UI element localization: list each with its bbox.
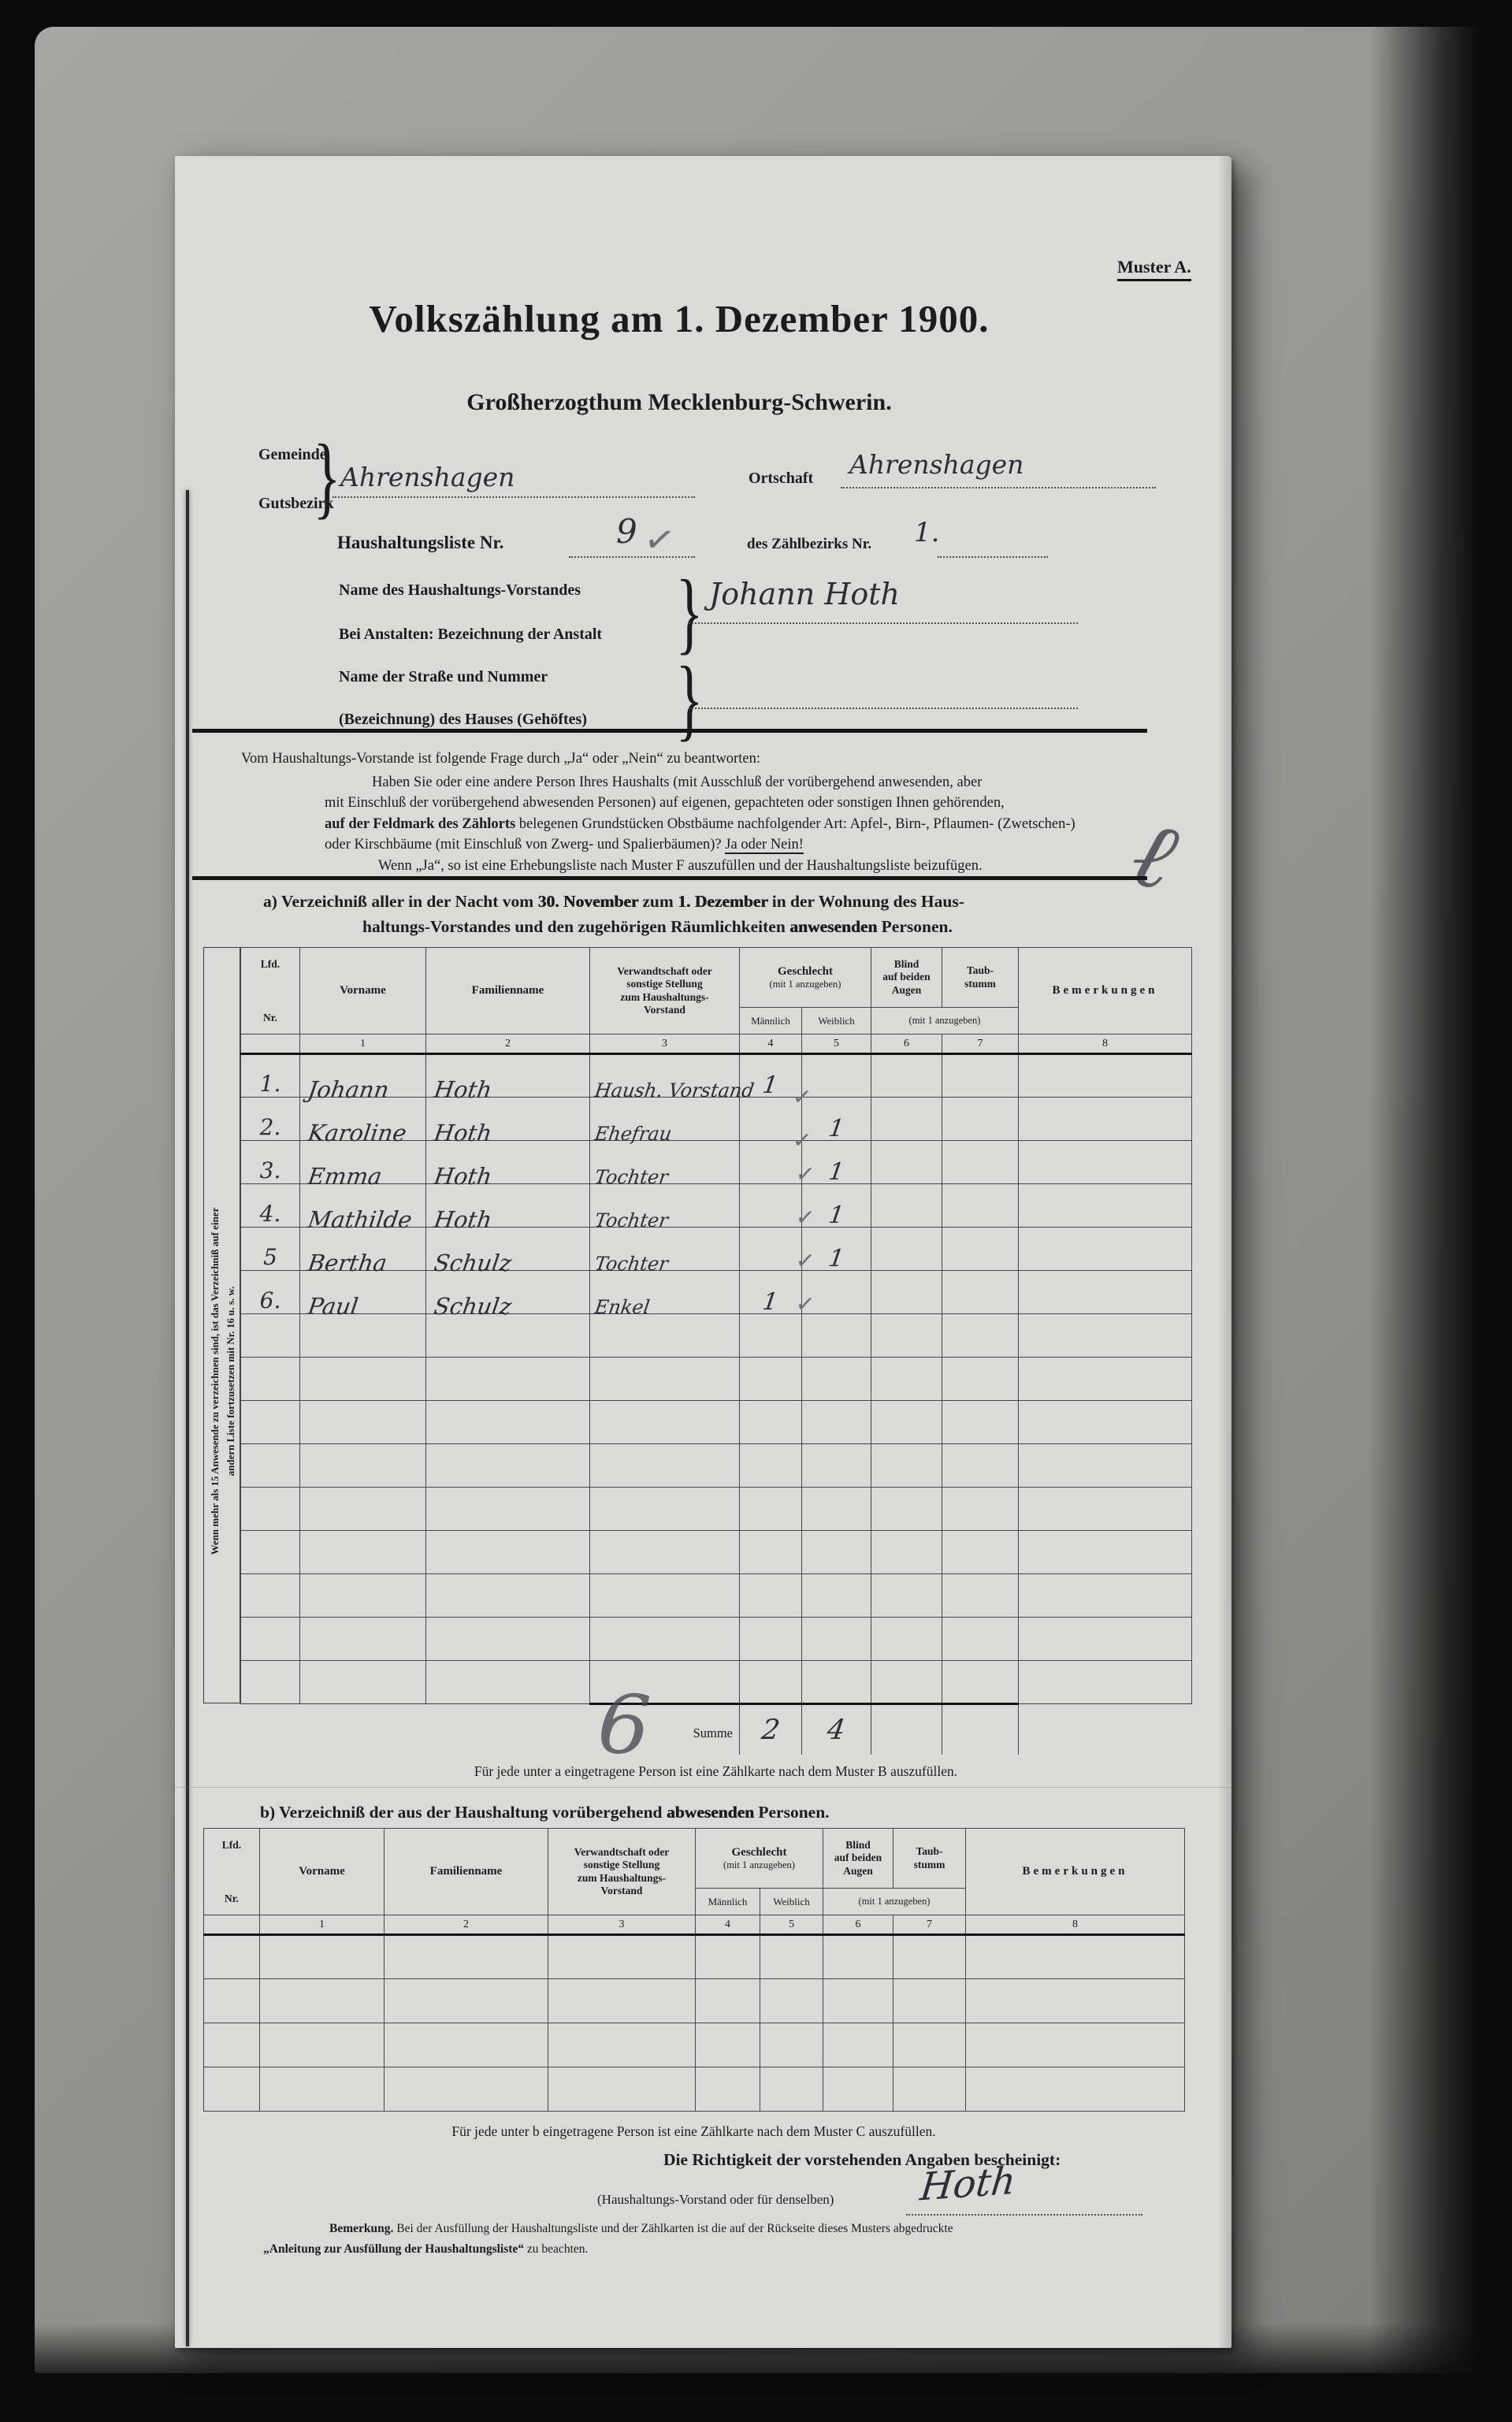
form-subtitle: Großherzogthum Mecklenburg-Schwerin. [175,389,1183,416]
strasse-label: Name der Straße und Nummer [339,668,548,686]
person-row-2: 2. Karoline Hoth Ehefrau ✓ 1 [241,1098,1192,1141]
ortschaft-value: Ahrenshagen [849,449,1023,480]
empty-row [204,2067,1185,2112]
col-header-maennlich: Männlich [696,1889,760,1915]
page-edge-shadow [1217,156,1232,2348]
haushaltungsliste-dotted-line [569,556,695,558]
vorstand-name-value: Johann Hoth [709,577,900,611]
col-header-geschlecht: Geschlecht(mit 1 anzugeben) [740,948,871,1008]
empty-row [241,1531,1192,1574]
summe-row: 6Summe 2 4 [241,1704,1192,1755]
person-row-6: 6. Paul Schulz Enkel 1 ✓ [241,1271,1192,1314]
anstalt-label: Bei Anstalten: Bezeichnung der Anstalt [339,626,602,644]
col-header-familienname: Familienname [426,948,590,1035]
faint-divider [175,1787,1232,1788]
census-form-page: Muster A. Volkszählung am 1. Dezember 19… [175,156,1232,2348]
gemeinde-dotted-line [332,496,695,498]
section-a-heading-line2: haltungs-Vorstandes und den zugehörigen … [362,917,953,937]
summe-female-total: 4 [826,1714,848,1746]
summe-big-6: 6 [594,1675,653,1774]
empty-row [241,1314,1192,1358]
empty-row [241,1661,1192,1704]
empty-row [204,1979,1185,2023]
ortschaft-dotted-line [841,487,1156,488]
sidebar-continuation-note: Wenn mehr als 15 Anwesende zu verzeichne… [207,1108,239,1655]
col-header-taubstumm: Taub- stumm [893,1829,966,1889]
question-intro: Vom Haushaltungs-Vorstande ist folgende … [241,749,1142,770]
remark-line-1: Bemerkung. Bei der Ausfüllung der Hausha… [329,2222,953,2236]
table-present-persons: Lfd.Nr. Vorname Familienname Verwandtsch… [240,947,1192,1755]
backing-shadow-right [1369,27,1480,2373]
col-header-taubstumm: Taub- stumm [942,948,1019,1008]
col-header-blind: Blind auf beiden Augen [823,1829,893,1889]
vorstand-brace: } [675,567,703,659]
vorstand-dotted-line [689,622,1078,624]
haus-label: (Bezeichnung) des Hauses (Gehöftes) [339,711,587,729]
col-header-bemerkungen: Bemerkungen [966,1829,1185,1915]
person-row-4: 4. Mathilde Hoth Tochter 1✓ [241,1184,1192,1228]
zaehlbezirk-dotted-line [938,556,1048,558]
gemeinde-brace: } [313,432,340,523]
haushaltungsliste-number: 9 [616,512,637,551]
empty-row [241,1358,1192,1401]
col-header-blind: Blind auf beiden Augen [871,948,942,1008]
col-header-vorname: Vorname [260,1829,385,1915]
person-row-5: 5 Bertha Schulz Tochter 1✓ [241,1228,1192,1271]
column-number-row: 1 2 3 4 5 6 7 8 [241,1035,1192,1054]
gemeinde-value: Ahrenshagen [340,462,515,492]
vorstand-name-label: Name des Haushaltungs-Vorstandes [339,581,581,600]
empty-row [241,1618,1192,1661]
col-header-familienname: Familienname [385,1829,548,1915]
empty-row [204,1935,1185,1979]
question-line-4: oder Kirschbäume (mit Einschluß von Zwer… [241,834,1142,856]
question-line-5: Wenn „Ja“, so ist eine Erhebungsliste na… [241,856,1142,877]
signature-role-label: (Haushaltungs-Vorstand oder für denselbe… [597,2192,834,2208]
form-title: Volkszählung am 1. Dezember 1900. [175,296,1183,341]
page-crease-line [186,490,189,2346]
empty-row [241,1401,1192,1444]
empty-row [241,1444,1192,1488]
col-header-geschlecht: Geschlecht(mit 1 anzugeben) [696,1829,823,1889]
col-header-weiblich: Weiblich [760,1889,823,1915]
signature-dotted-line [906,2214,1142,2216]
col-header-bemerkungen: Bemerkungen [1019,948,1192,1035]
question-line-3: auf der Feldmark des Zählorts belegenen … [241,814,1142,835]
col-header-stellung: Verwandtschaft oder sonstige Stellung zu… [590,948,740,1035]
empty-row [204,2023,1185,2067]
scan-stage: Muster A. Volkszählung am 1. Dezember 19… [0,0,1512,2422]
note-muster-c: Für jede unter b eingetragene Person ist… [203,2123,1184,2140]
col-header-mit1-blind-taub: (mit 1 anzugeben) [871,1008,1019,1035]
section-a-heading-line1: a) Verzeichniß aller in der Nacht vom 30… [263,892,964,912]
col-header-weiblich: Weiblich [802,1008,871,1035]
empty-row [241,1488,1192,1531]
remark-line-2: „Anleitung zur Ausfüllung der Haushaltun… [263,2242,588,2257]
section-b-heading: b) Verzeichniß der aus der Haushaltung v… [260,1803,830,1822]
col-header-mit1-blind-taub: (mit 1 anzugeben) [823,1889,966,1915]
empty-row [241,1574,1192,1618]
haushaltungsliste-label: Haushaltungsliste Nr. [337,533,503,553]
col-header-vorname: Vorname [300,948,426,1035]
table-absent-persons: Lfd.Nr. Vorname Familienname Verwandtsch… [203,1828,1185,2112]
signature: Hoth [918,2159,1018,2210]
fruit-tree-question: Vom Haushaltungs-Vorstande ist folgende … [241,749,1142,876]
person-row-3: 3. Emma Hoth Tochter 1✓ [241,1141,1192,1184]
zaehlbezirk-number: 1. [914,517,939,548]
col-header-stellung: Verwandtschaft oder sonstige Stellung zu… [548,1829,696,1915]
col-header-lfd-nr: Lfd.Nr. [241,948,300,1035]
question-line-1: Haben Sie oder eine andere Person Ihres … [241,772,1142,793]
question-line-2: mit Einschluß der vorübergehend abwesend… [241,793,1142,814]
summe-male-total: 2 [760,1714,782,1746]
zaehlbezirk-label: des Zählbezirks Nr. [747,536,871,553]
col-header-lfd-nr: Lfd.Nr. [204,1829,260,1915]
person-row-1: 1. Johann Hoth Haush. Vorstand 1✓ [241,1054,1192,1098]
col-header-maennlich: Männlich [740,1008,802,1035]
note-muster-b: Für jede unter a eingetragene Person ist… [240,1763,1191,1780]
muster-label: Muster A. [1117,257,1191,281]
ortschaft-label: Ortschaft [749,470,813,488]
divider-rule-top [192,729,1147,733]
column-number-row: 1 2 3 4 5 6 7 8 [204,1915,1185,1935]
strasse-dotted-line [689,708,1078,709]
divider-rule-middle [192,876,1147,880]
